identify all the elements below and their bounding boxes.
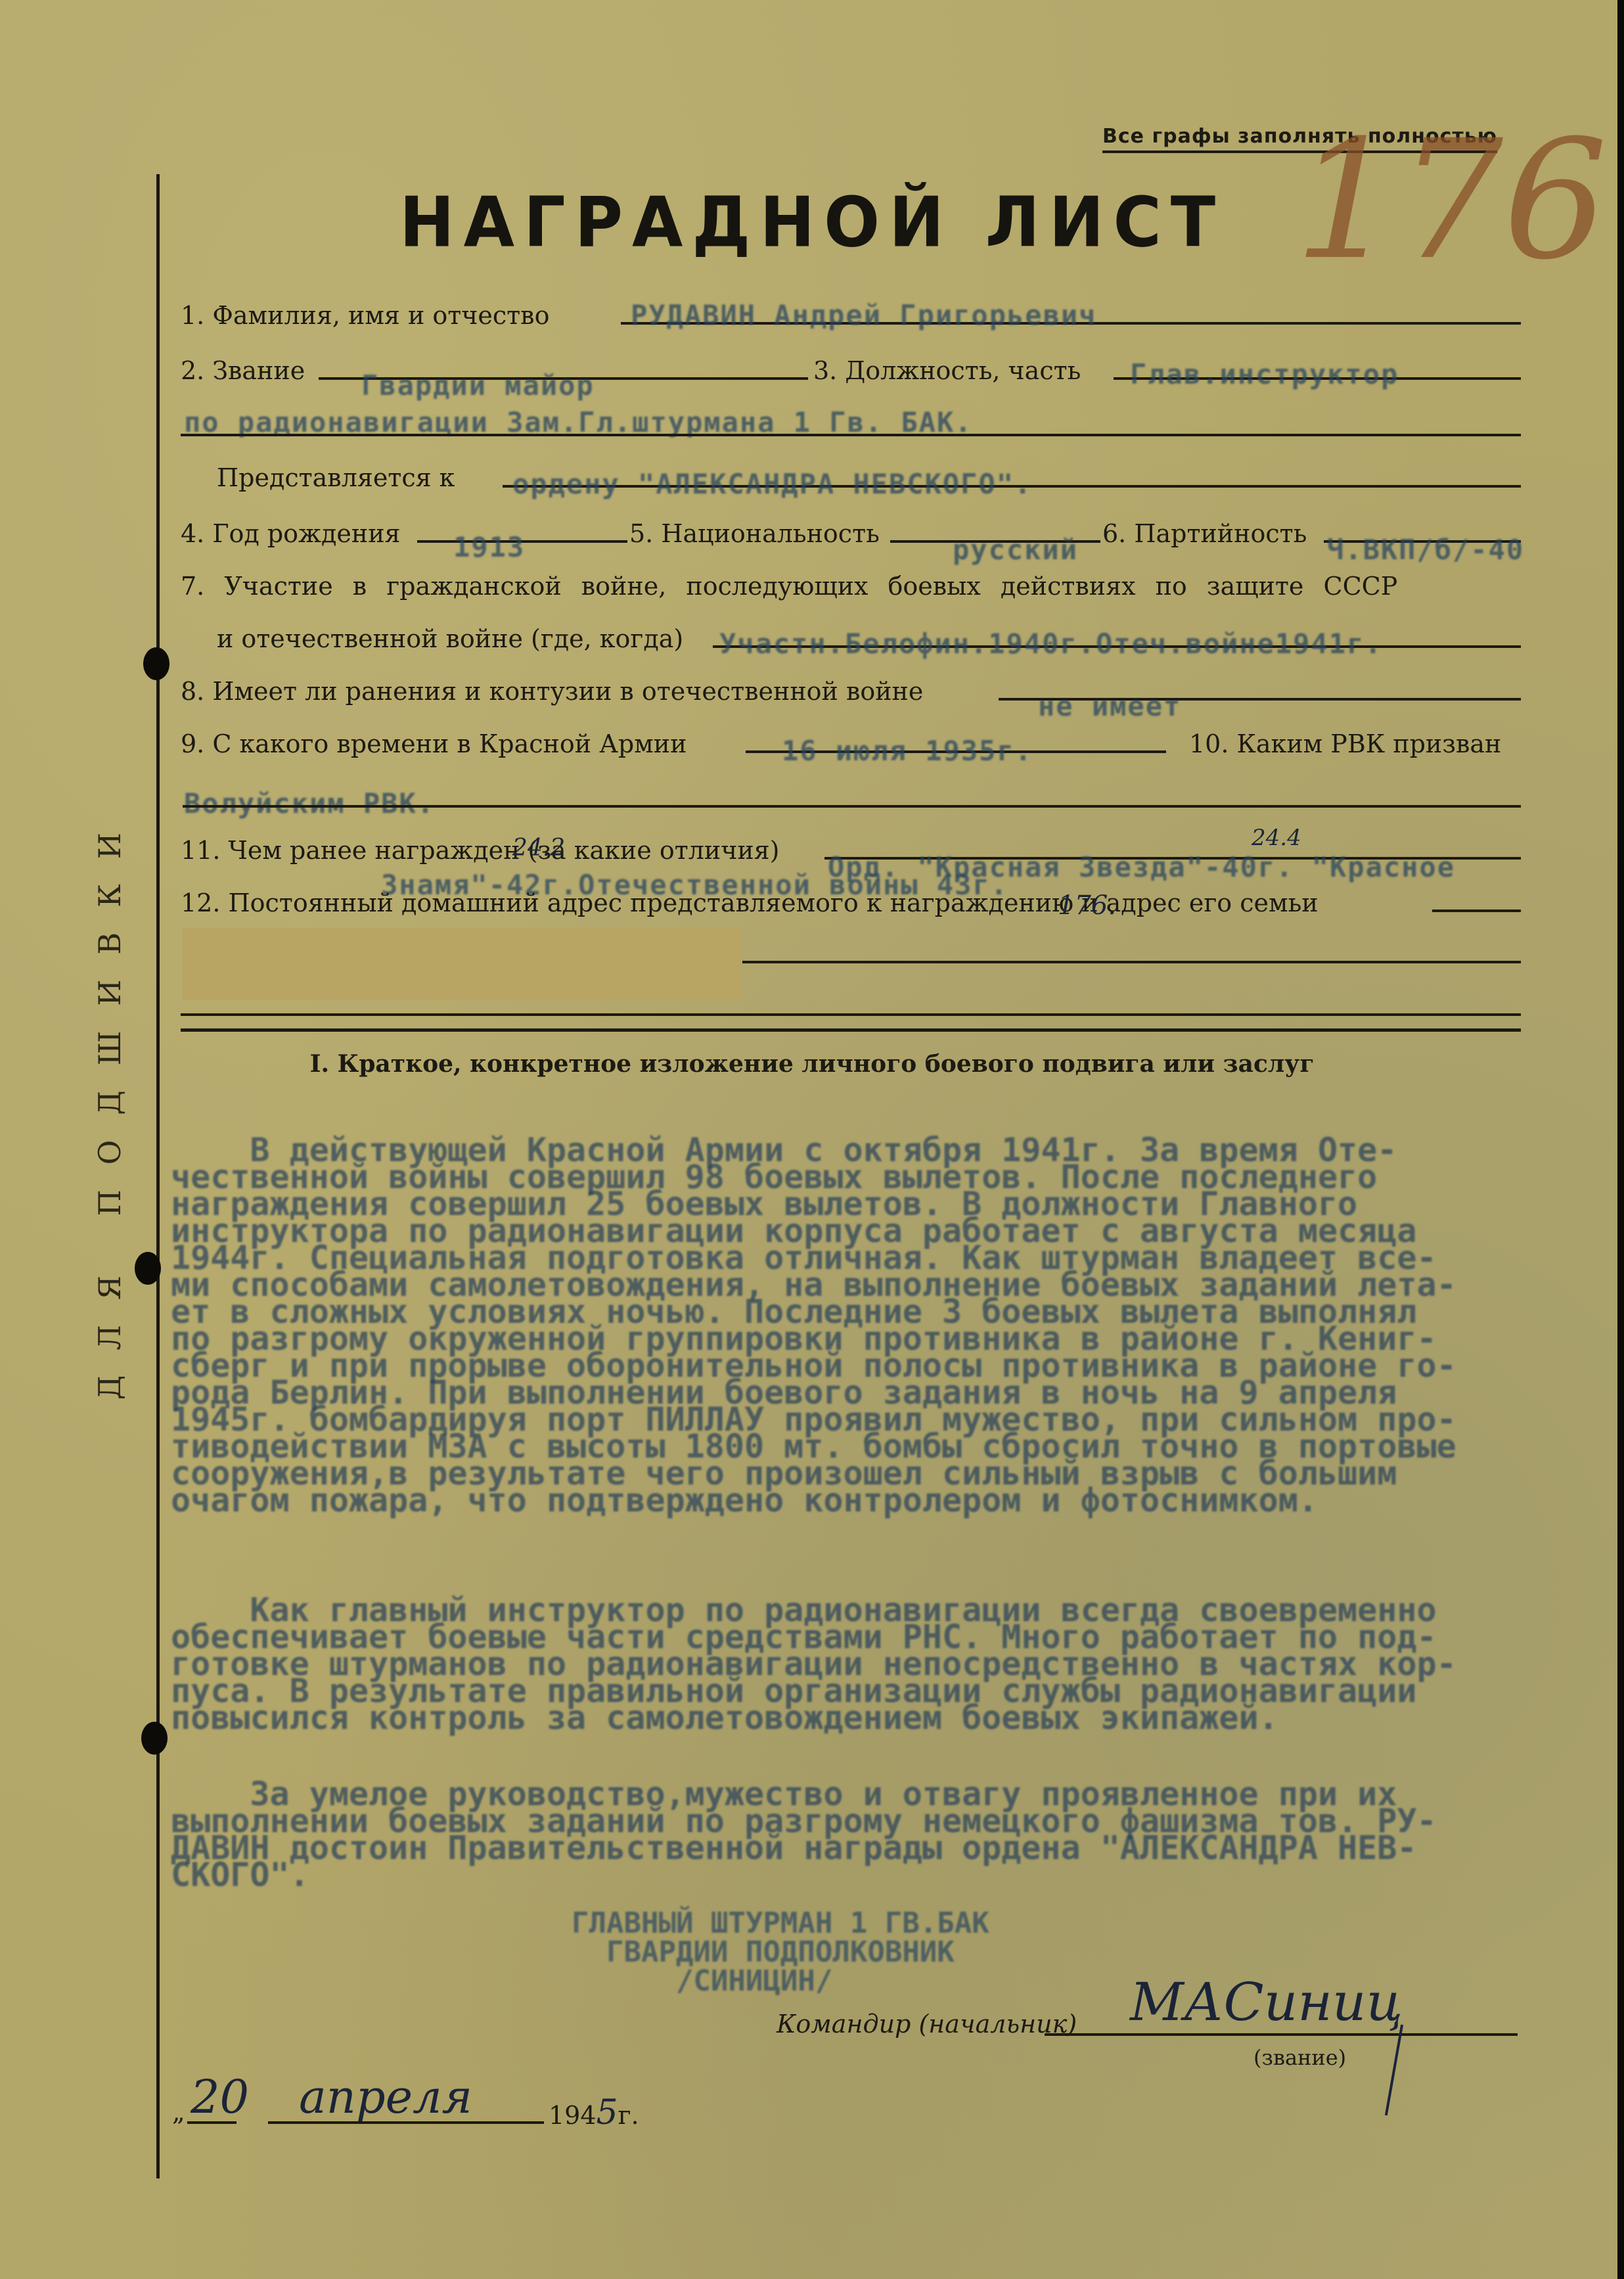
- binding-margin-label: ДЛЯ ПОДШИВКИ: [92, 808, 127, 1400]
- section-1-paragraph-1: В действующей Красной Армии с октября 19…: [171, 1137, 1616, 1514]
- field-4-value: 1913: [453, 531, 525, 563]
- punch-hole: [141, 1722, 168, 1755]
- field-12-line-4: [181, 1028, 1521, 1032]
- binding-margin-line: [156, 174, 160, 2178]
- signatory-typed-block: ГЛАВНЫЙ ШТУРМАН 1 ГВ.БАК ГВАРДИИ ПОДПОЛК…: [572, 1909, 989, 1996]
- field-12-label: 12. Постоянный домашний адрес представля…: [181, 888, 1319, 917]
- scan-edge: [1617, 0, 1624, 2279]
- nominated-label: Представляется к: [217, 463, 455, 492]
- field-7-label-cont: и отечественной войне (где, когда): [217, 624, 683, 653]
- field-4-label: 4. Год рождения: [181, 519, 401, 548]
- section-1-paragraph-2: Как главный инструктор по радионавигации…: [171, 1597, 1616, 1732]
- field-12-hand-note: 176.: [1058, 890, 1116, 921]
- field-10-line: [183, 805, 1521, 808]
- field-12-line-3: [181, 1013, 1521, 1016]
- field-2-value: Гвардии майор: [361, 369, 595, 402]
- field-3-label: 3. Должность, часть: [813, 356, 1081, 385]
- date-month-line: [268, 2121, 544, 2124]
- field-12-line: [1432, 909, 1521, 912]
- punch-hole: [135, 1252, 161, 1285]
- field-1-label: 1. Фамилия, имя и отчество: [181, 301, 549, 330]
- field-11-hand-note-1: 24.2: [512, 835, 565, 862]
- field-10-label: 10. Каким РВК призван: [1189, 729, 1501, 758]
- date-year: 1945г.: [549, 2093, 639, 2132]
- field-9-value: 16 июля 1935г.: [782, 735, 1033, 767]
- field-11-label: 11. Чем ранее награжден (за какие отличи…: [181, 836, 779, 865]
- section-1-title: I. Краткое, конкретное изложение личного…: [0, 1050, 1624, 1078]
- nominated-value: ордену "АЛЕКСАНДРА НЕВСКОГО".: [512, 468, 1032, 500]
- rank-label: (звание): [1253, 2045, 1346, 2070]
- field-8-label: 8. Имеет ли ранения и контузии в отечест…: [181, 677, 923, 706]
- field-11-hand-note-2: 24.4: [1252, 825, 1301, 851]
- commander-signature-line: [1045, 2033, 1518, 2036]
- date-day: 20: [191, 2070, 249, 2124]
- field-5-label: 5. Национальность: [629, 519, 880, 548]
- field-5-value: русский: [953, 534, 1078, 566]
- redacted-address: [183, 928, 741, 1000]
- commander-label: Командир (начальник): [777, 2010, 1077, 2038]
- date-quote-open: „: [172, 2098, 185, 2127]
- section-1-paragraph-3: За умелое руководство,мужество и отвагу …: [171, 1781, 1616, 1889]
- field-9-label: 9. С какого времени в Красной Армии: [181, 729, 687, 758]
- signature-stroke: [1385, 2025, 1403, 2116]
- punch-hole: [143, 647, 169, 680]
- date-day-line: [187, 2121, 237, 2124]
- field-2-label: 2. Звание: [181, 356, 305, 385]
- date-month: апреля: [299, 2070, 472, 2124]
- field-3-value: Глав.инструктор: [1130, 358, 1399, 390]
- registration-number-handwritten: 176: [1294, 118, 1608, 283]
- field-7-label: 7. Участие в гражданской войне, последую…: [181, 572, 1397, 601]
- field-6-label: 6. Партийность: [1102, 519, 1307, 548]
- field-3-line-cont: [181, 434, 1521, 436]
- field-6-value: Ч.ВКП/б/-40: [1327, 534, 1524, 566]
- field-12-line-2: [742, 961, 1521, 963]
- field-1-value: РУДАВИН Андрей Григорьевич: [631, 299, 1096, 331]
- field-8-value: не имеет: [1038, 690, 1181, 722]
- field-7-value: Участн.Белофин.1940г.Отеч.войне1941г.: [719, 628, 1383, 660]
- field-10-value: Волуйским РВК.: [184, 787, 435, 819]
- commander-signature: МАСиниц: [1130, 1971, 1403, 2033]
